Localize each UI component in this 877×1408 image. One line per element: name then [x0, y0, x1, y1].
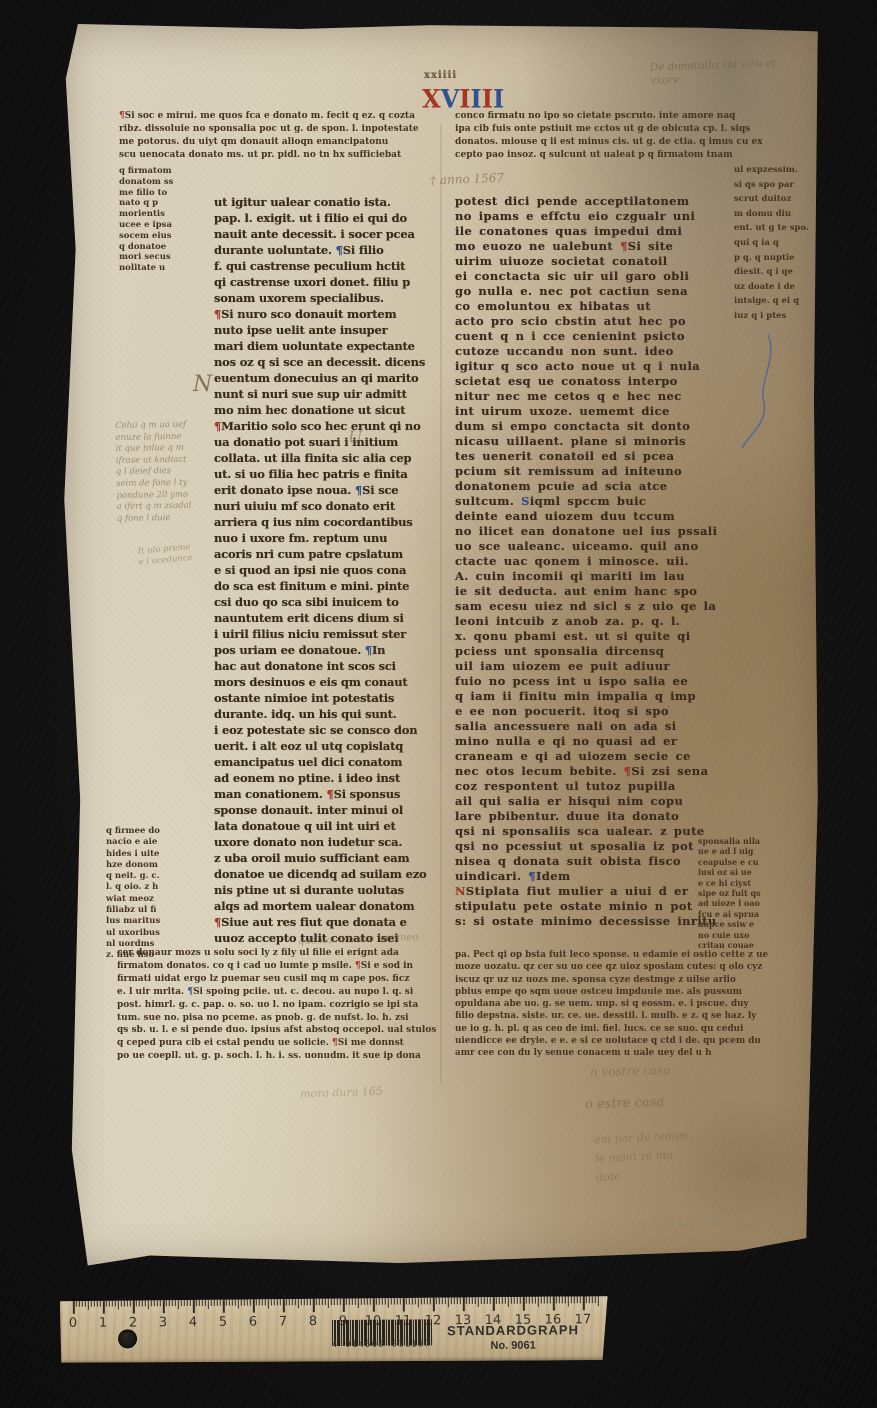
text-column-left: ut igitur ualear conatio ista.pap. l. ex… — [214, 194, 432, 946]
text-column-right: potest dici pende acceptilatonemno ipams… — [455, 194, 773, 929]
ruler-model-label: No. 9061 — [438, 1339, 588, 1352]
pen-trial-temps: em por de tempsle mont re modote — [594, 1126, 691, 1188]
ruler-number: 5 — [219, 1315, 227, 1330]
ruler-number: 0 — [69, 1316, 77, 1331]
ruler-hole — [118, 1329, 137, 1348]
photograph-background: xxiiii XVIIII De donatoibz int viru etvx… — [0, 0, 877, 1408]
ruler-number: 7 — [279, 1314, 287, 1329]
gloss-top-right: conco firmatu no ipo so cietate pscruto.… — [455, 110, 775, 162]
folio-number: xxiiii — [424, 70, 457, 81]
ruler-number: 2 — [129, 1315, 137, 1330]
ruler-brand-label: STANDARDGRAPH — [438, 1322, 588, 1338]
margin-letter-mark: N — [193, 372, 212, 397]
gloss-bottom-right: pa. Pect qi op bsta fuit leco sponse. u … — [455, 949, 781, 1060]
shelfmark: 2201H 28 — [650, 1215, 719, 1231]
gloss-top-left: ¶Si soc e mirui. me quos fca e donato m.… — [119, 110, 429, 162]
pen-trial-casa-1: n vostre casa — [590, 1063, 671, 1078]
margin-note-left-mid: Celui q m ua uefenuze la fuinneit que to… — [115, 419, 227, 525]
parchment-crease — [440, 124, 442, 1084]
ruler-number: 8 — [309, 1314, 317, 1329]
gloss-top-left-margin-column: q firmatomdonatom ssme filio tonato q pm… — [119, 166, 213, 274]
margin-gloss-right-top: ul expzessim.si qs spo parscrut duitozm … — [734, 163, 810, 324]
barcode-digits: 4 014509 011197 — [332, 1339, 432, 1350]
ruler-number: 6 — [249, 1315, 257, 1330]
ruler: 01234567891011121314151617 4 014509 0111… — [60, 1296, 610, 1364]
barcode: 4 014509 011197 — [332, 1319, 432, 1350]
gloss-bottom-left: cer donaur mozs u solu soci ly z fily ul… — [117, 947, 445, 1063]
anno-annotation: † anno 1567 — [430, 171, 504, 188]
blue-flourish — [736, 330, 780, 454]
ruler-number: 3 — [159, 1315, 167, 1330]
pen-trial-casa-2: o estre casa — [585, 1095, 665, 1113]
margin-gloss-left-lower: q firmee donacio e aiehides i uitehze do… — [106, 826, 208, 962]
margin-gloss-right-lower: sponsalia nllaue e ad l uigceapulse e cu… — [698, 836, 804, 950]
ruler-number: 1 — [99, 1316, 107, 1331]
ruler-number: 4 — [189, 1315, 197, 1330]
margin-letter-mark: U — [348, 428, 362, 448]
chapter-heading: XVIIII — [422, 84, 504, 113]
